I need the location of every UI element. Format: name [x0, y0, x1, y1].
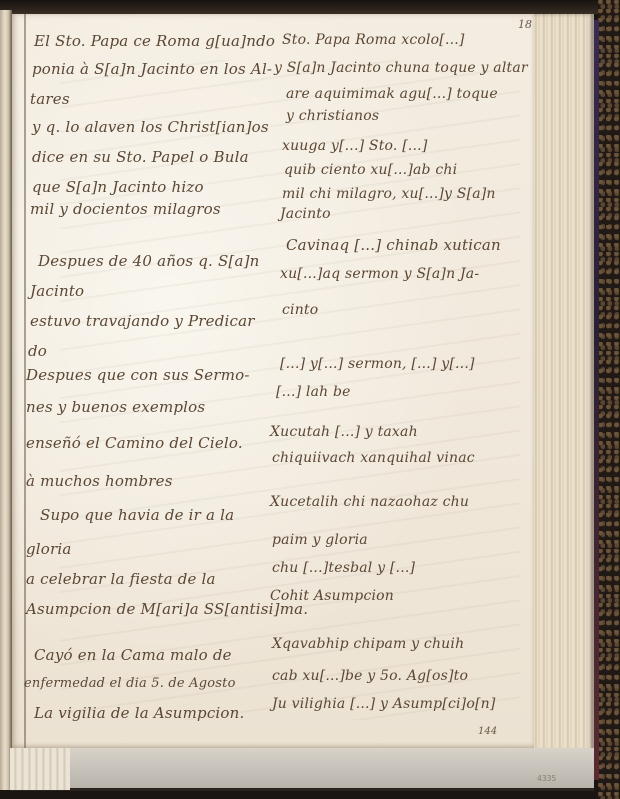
folio-number: 18 [518, 18, 532, 31]
spanish-line: ponia à S[a]n Jacinto en los Al- [32, 60, 272, 78]
kiche-line: chu [...]tesbal y [...] [272, 560, 415, 576]
kiche-line: quib ciento xu[...]ab chi [284, 162, 457, 178]
spanish-line: a celebrar la fiesta de la [26, 570, 216, 588]
spanish-line: Asumpcion de M[ari]a SS[antisi]ma. [26, 600, 308, 618]
book-binding-right [598, 0, 620, 799]
kiche-line: are aquimimak agu[...] toque [286, 86, 498, 102]
page-stack-right [532, 14, 594, 784]
spanish-line: Jacinto [30, 282, 84, 300]
kiche-line: chiquiivach xanquihal vinac [272, 450, 475, 466]
bottom-page-number: 144 [478, 726, 497, 737]
spanish-line: Supo que havia de ir a la [40, 506, 234, 524]
spanish-line: que S[a]n Jacinto hizo [32, 178, 204, 196]
kiche-line: y christianos [286, 108, 379, 124]
kiche-line: Cavinaq [...] chinab xutican [286, 236, 501, 254]
spanish-line: à muchos hombres [26, 472, 173, 490]
spanish-line: Cayó en la Cama malo de [34, 646, 232, 664]
spanish-line: Despues de 40 años q. S[a]n [38, 252, 260, 270]
spanish-line: Despues que con sus Sermo- [26, 366, 250, 384]
left-page-edge [0, 10, 12, 790]
kiche-line: paim y gloria [272, 532, 368, 548]
spanish-line: enfermedad el dia 5. de Agosto [24, 676, 236, 691]
page-stack-bottom [10, 748, 594, 791]
spanish-line: do [28, 342, 47, 360]
kiche-line: Cohit Asumpcion [270, 588, 394, 604]
kiche-line: mil chi milagro, xu[...]y S[a]n [282, 186, 496, 202]
kiche-line: Sto. Papa Roma xcolo[...] [282, 32, 465, 48]
kiche-line: cab xu[...]be y 5o. Ag[os]to [272, 668, 468, 684]
spanish-line: dice en su Sto. Papel o Bula [32, 148, 249, 166]
kiche-line: Xqavabhip chipam y chuih [272, 636, 464, 652]
kiche-line: Xucetalih chi nazaohaz chu [270, 494, 469, 510]
spanish-line: El Sto. Papa ce Roma g[ua]ndo [34, 32, 275, 50]
kiche-line: cinto [282, 302, 318, 318]
spanish-line: estuvo travajando y Predicar [30, 312, 255, 330]
page-stack-bottom-left [10, 748, 70, 790]
spanish-line: tares [30, 90, 70, 108]
kiche-line: [...] y[...] sermon, [...] y[...] [280, 356, 475, 372]
spanish-line: nes y buenos exemplos [26, 398, 205, 416]
book-binding-top [0, 0, 620, 14]
spanish-line: y q. lo alaven los Christ[ian]os [32, 118, 269, 136]
spanish-line: mil y docientos milagros [30, 200, 221, 218]
spanish-line: enseñó el Camino del Cielo. [26, 434, 243, 452]
kiche-line: Ju vilighia [...] y Asump[ci]o[n] [272, 696, 496, 712]
kiche-line: y S[a]n Jacinto chuna toque y altar [274, 60, 528, 76]
kiche-line: Xucutah [...] y taxah [270, 424, 418, 440]
kiche-line: xu[...]aq sermon y S[a]n Ja- [280, 266, 479, 282]
kiche-line: [...] lah be [276, 384, 351, 400]
spanish-line: gloria [26, 540, 72, 558]
kiche-line: Jacinto [280, 206, 331, 222]
kiche-line: xuuga y[...] Sto. [...] [282, 138, 428, 154]
archive-stamp: 4335 [537, 774, 556, 783]
spanish-line: La vigilia de la Asumpcion. [34, 704, 244, 722]
cover-edge [594, 20, 599, 780]
